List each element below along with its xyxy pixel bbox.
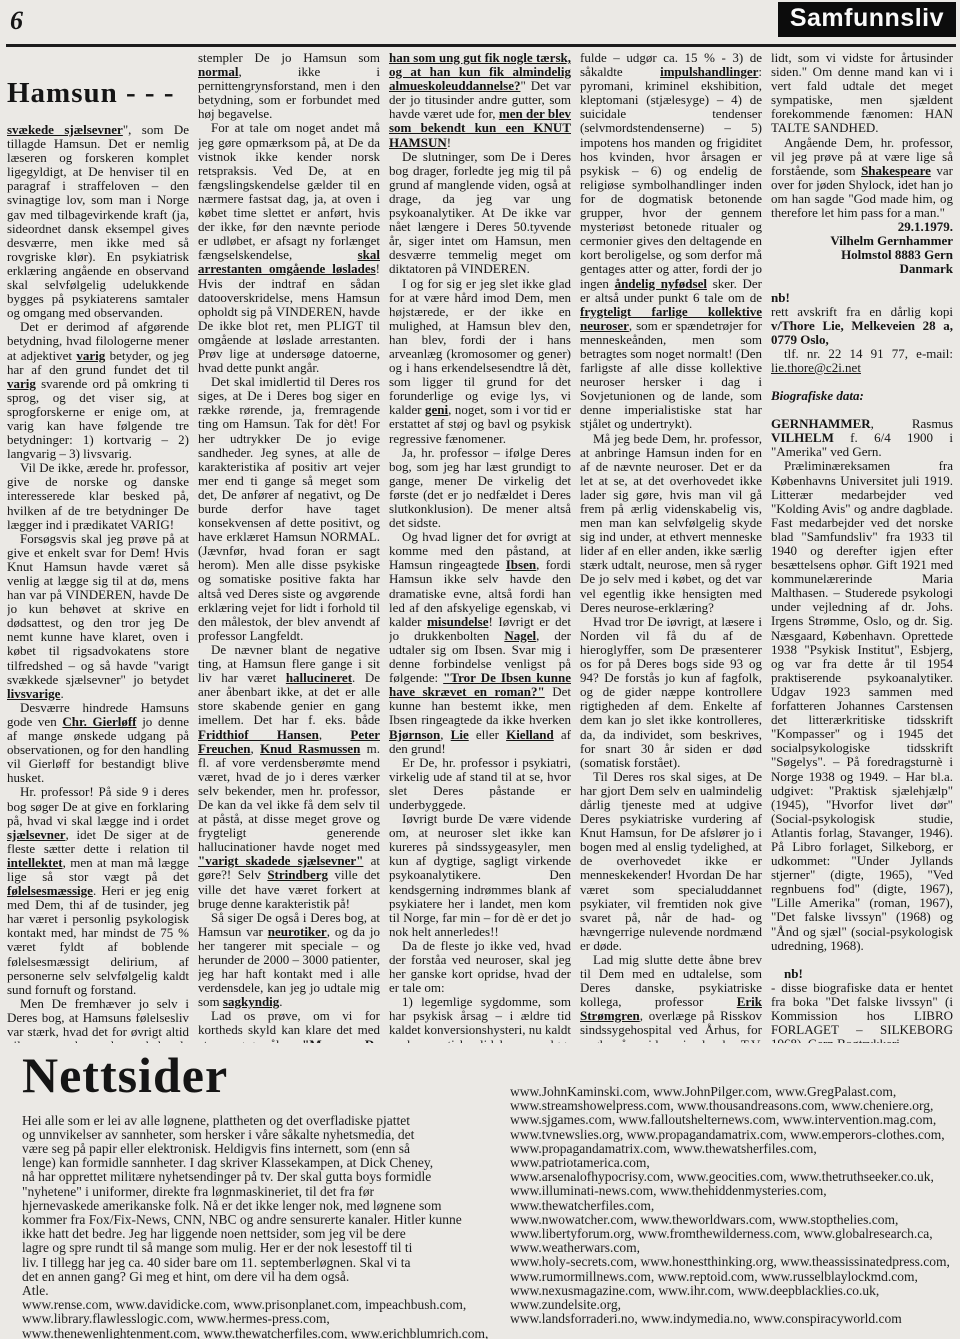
page-header: 6 Samfunnsliv xyxy=(6,0,956,47)
text-line: Hei alle som er lei av alle løgnene, pla… xyxy=(22,1114,500,1128)
paragraph: Angående Dem, hr. professor, vil jeg prø… xyxy=(771,136,953,221)
text-line: www.holy-secrets.com, www.honestthinking… xyxy=(510,1255,950,1269)
paragraph: Hvad tror De iøvrigt, at læsere i Norden… xyxy=(580,615,762,770)
text-line: www.arsenalofhypocrisy.com, www.geocitie… xyxy=(510,1170,950,1184)
text-line: lenge) kan formidle sannheter. I dag skr… xyxy=(22,1156,500,1170)
text-line: www.tvnewslies.org, www.propagandamatrix… xyxy=(510,1128,950,1142)
paragraph: - disse biografiske data er hentet fra b… xyxy=(771,981,953,1043)
text-line: www.illuminati-news.com, www.thehiddenmy… xyxy=(510,1184,950,1198)
paragraph: Biografiske data: xyxy=(771,389,953,403)
paragraph: Ja, hr. professor – ifølge Deres bog, so… xyxy=(389,446,571,531)
netsider-section: Nettsider Hei alle som er lei av alle lø… xyxy=(0,1043,960,1339)
text-line: det en annen gang? Gi meg et hint, om de… xyxy=(22,1270,500,1284)
paragraph: svækede sjælsevner", som De tillagde Ham… xyxy=(7,123,189,320)
paragraph: De slutninger, som De i Deres bog drager… xyxy=(389,150,571,277)
text-line: www.streamshowelpress.com, www.thousandr… xyxy=(510,1099,950,1113)
text-line: www.libertyforum.org, www.fromthewildern… xyxy=(510,1227,950,1241)
paragraph: Præliminæreksamen fra Københavns Univers… xyxy=(771,459,953,952)
netsider-heading: Nettsider xyxy=(22,1049,500,1102)
text-line: www.nexusmagazine.com, www.ihr.com, www.… xyxy=(510,1284,950,1298)
text-line: www.JohnKaminski.com, www.JohnPilger.com… xyxy=(510,1085,950,1099)
text-line: www.rumormillnews.com, www.reptoid.com, … xyxy=(510,1270,950,1284)
paragraph: Og hvad ligner det for øvrigt at komme m… xyxy=(389,530,571,756)
text-line: Atle. xyxy=(22,1284,500,1298)
paragraph: Lad mig slutte dette åbne brev til Dem m… xyxy=(580,953,762,1043)
netsider-url-list: www.JohnKaminski.com, www.JohnPilger.com… xyxy=(500,1049,950,1339)
paragraph: For at tale om noget andet må jeg gøre o… xyxy=(198,121,380,375)
text-line: www.thewatcherfiles.com, xyxy=(510,1199,950,1213)
text-line: www.sjgames.com, www.falloutshelternews.… xyxy=(510,1113,950,1127)
text-line: www.zundelsite.org, xyxy=(510,1298,950,1312)
paragraph: rett avskrift fra en dårlig kopi v/Thore… xyxy=(771,305,953,347)
paragraph: 29.1.1979. xyxy=(771,220,953,234)
text-line: www.library.flawlesslogic.com, www.herme… xyxy=(22,1312,500,1326)
article: Hamsun - - - svækede sjælsevner", som De… xyxy=(0,47,960,1043)
text-line: www.thenewenlightenment.com, www.thewatc… xyxy=(22,1327,500,1339)
text-line: ikke hatt det bedre. Jeg har liggende no… xyxy=(22,1227,500,1241)
paragraph: nb! xyxy=(771,967,953,981)
article-column-4: fulde – udgør ca. 15 % - 3) de såkaldte … xyxy=(580,51,762,1043)
paragraph: Lad os prøve, om vi for kortheds skyld k… xyxy=(198,1009,380,1043)
paragraph: han som ung gut fik nogle tærsk, og at h… xyxy=(389,51,571,150)
column-1-text: svækede sjælsevner", som De tillagde Ham… xyxy=(7,123,189,1043)
paragraph: 1) legemlige sygdomme, som har psykisk å… xyxy=(389,995,571,1043)
paragraph: Det skal imidlertid til Deres ros siges,… xyxy=(198,375,380,643)
paragraph: I og for sig er jeg slet ikke glad for a… xyxy=(389,277,571,446)
masthead-logo: Samfunnsliv xyxy=(778,2,956,37)
text-line: www.propagandamatrix.com, www.thewatsher… xyxy=(510,1142,950,1170)
article-column-1: Hamsun - - - svækede sjælsevner", som De… xyxy=(7,51,189,1043)
text-line: www.rense.com, www.davidicke.com, www.pr… xyxy=(22,1298,500,1312)
page-number: 6 xyxy=(10,6,23,36)
article-column-2: stempler De jo Hamsun som normal, ikke i… xyxy=(198,51,380,1043)
paragraph: Til Deres ros skal siges, at De har gjor… xyxy=(580,770,762,953)
paragraph: Hr. professor! På side 9 i deres bog søg… xyxy=(7,785,189,996)
paragraph: stempler De jo Hamsun som normal, ikke i… xyxy=(198,51,380,121)
text-line: og unnvikelser av sannheter, som hersker… xyxy=(22,1128,500,1142)
text-line: være seg på papir eller elektronisk. Hel… xyxy=(22,1142,500,1156)
text-line: kommer fra Fox/Fix-News, CNN, NBC og and… xyxy=(22,1213,500,1227)
paragraph: Er De, hr. professor i psykiatri, virkel… xyxy=(389,756,571,812)
paragraph: Men De fremhæver jo selv i Deres bog, at… xyxy=(7,997,189,1043)
paragraph: fulde – udgør ca. 15 % - 3) de såkaldte … xyxy=(580,51,762,432)
text-line: "nyhetene" i uniformer, direkte fra løgn… xyxy=(22,1185,500,1199)
article-column-5: lidt, som vi vidste for årtusinder siden… xyxy=(771,51,953,1043)
paragraph: Vilhelm Gernhammer xyxy=(771,234,953,248)
text-line: nå har opprettet militære nyhetsendinger… xyxy=(22,1170,500,1184)
text-line: www.nwowatcher.com, www.theworldwars.com… xyxy=(510,1213,950,1227)
paragraph: Så siger De også i Deres bog, at Hamsun … xyxy=(198,911,380,1010)
text-line: www.landsforraderi.no, www.indymedia.no,… xyxy=(510,1312,950,1326)
paragraph: De nævner blant de negative ting, at Ham… xyxy=(198,643,380,911)
text-line: hjernevaskede amerikanske folk. Nå er de… xyxy=(22,1199,500,1213)
paragraph: Danmark xyxy=(771,262,953,276)
paragraph: lidt, som vi vidste for årtusinder siden… xyxy=(771,51,953,136)
paragraph: nb! xyxy=(771,291,953,305)
article-column-3: han som ung gut fik nogle tærsk, og at h… xyxy=(389,51,571,1043)
paragraph: Holmstol 8883 Gern xyxy=(771,248,953,262)
text-line: liv. I tillegg har jeg ca. 40 sider bare… xyxy=(22,1256,500,1270)
paragraph: Det er derimod af afgørende betydning, h… xyxy=(7,320,189,461)
paragraph: Forsøgsvis skal jeg prøve på at give et … xyxy=(7,532,189,701)
netsider-left: Nettsider Hei alle som er lei av alle lø… xyxy=(22,1049,500,1339)
netsider-intro: Hei alle som er lei av alle løgnene, pla… xyxy=(22,1114,500,1339)
paragraph: Iøvrigt burde De være vidende om, at neu… xyxy=(389,812,571,939)
paragraph: Desværre hindrede Hamsuns gode ven Chr. … xyxy=(7,701,189,786)
paragraph: GERNHAMMER, Rasmus VILHELM f. 6/4 1900 i… xyxy=(771,417,953,459)
text-line: lagre og spre rundt til så mange som mul… xyxy=(22,1241,500,1255)
newspaper-page: { "page": { "number": "6", "masthead": "… xyxy=(0,0,960,1339)
paragraph: Må jeg bede Dem, hr. professor, at anbri… xyxy=(580,432,762,615)
text-line: www.weatherwars.com, xyxy=(510,1241,950,1255)
paragraph: tlf. nr. 22 14 91 77, e-mail: lie.thore@… xyxy=(771,347,953,375)
paragraph: Vil De ikke, ærede hr. professor, give d… xyxy=(7,461,189,531)
paragraph: Da de fleste jo ikke ved, hvad der forst… xyxy=(389,939,571,995)
article-headline: Hamsun - - - xyxy=(7,79,189,108)
